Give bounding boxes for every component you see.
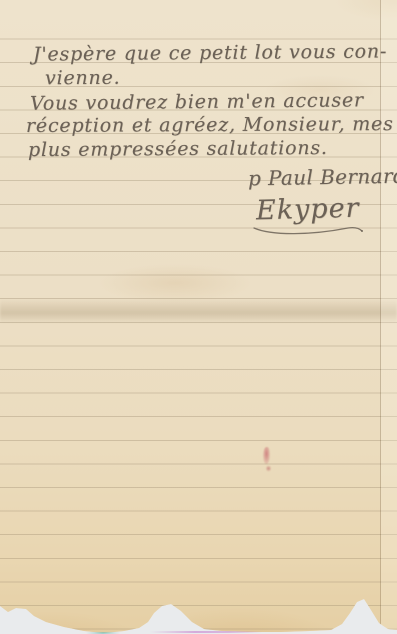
red-ink-stain-small [266, 465, 271, 472]
signature-flourish [252, 222, 364, 238]
handwriting-line-1: J'espère que ce petit lot vous con- [33, 40, 387, 65]
handwriting-line-5: plus empressées salutations. [28, 137, 328, 161]
handwriting-line-4: réception et agréez, Monsieur, mes [26, 113, 394, 137]
paper-edge-highlight [381, 0, 397, 634]
paper-edge-line [380, 0, 381, 634]
red-ink-stain [263, 447, 270, 464]
scanned-letter-paper: J'espère que ce petit lot vous con- vien… [0, 0, 397, 634]
scanner-artifact-pink [150, 631, 262, 633]
handwriting-line-3: Vous voudrez bien m'en accuser [30, 89, 364, 114]
signoff: p Paul Bernard [248, 164, 397, 191]
fold-crease [0, 299, 397, 323]
handwriting-line-2: vienne. [45, 67, 121, 90]
scan-background: J'espère que ce petit lot vous con- vien… [0, 0, 397, 634]
